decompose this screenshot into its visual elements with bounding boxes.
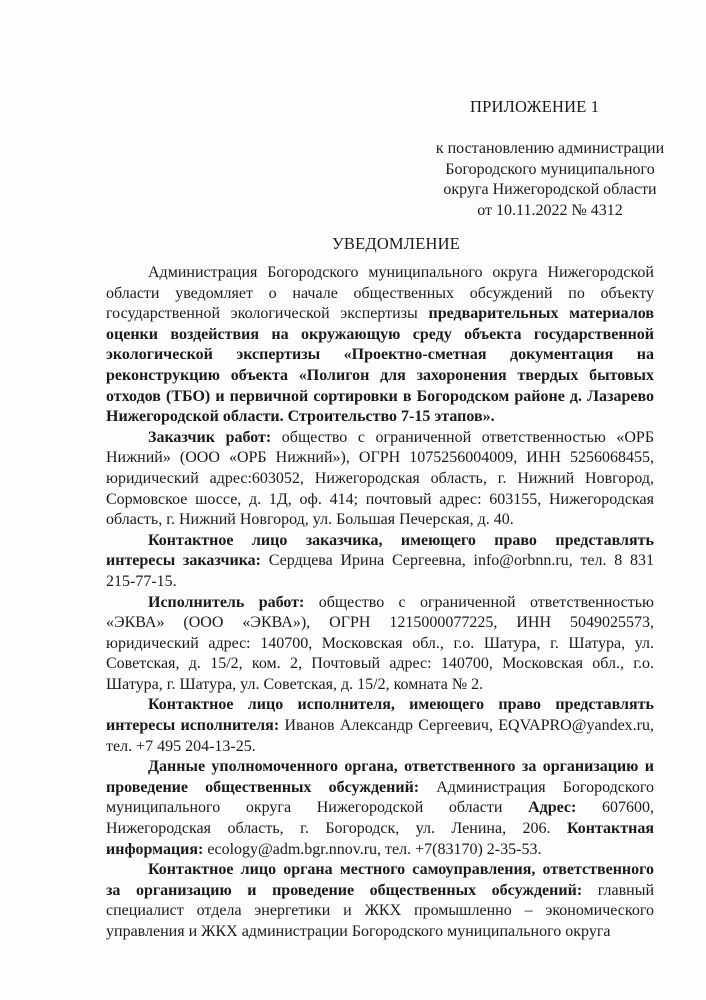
appendix-line: округа Нижегородской области [400, 180, 700, 201]
customer-label: Заказчик работ: [148, 429, 271, 446]
contractor-contact-paragraph: Контактное лицо исполнителя, имеющего пр… [106, 695, 654, 757]
appendix-line: к постановлению администрации [400, 139, 700, 160]
local-contact-paragraph: Контактное лицо органа местного самоупра… [106, 860, 654, 942]
authority-contact-text: ecology@adm.bgr.nnov.ru, тел. +7(83170) … [203, 841, 541, 858]
document-page: ПРИЛОЖЕНИЕ 1 к постановлению администрац… [0, 0, 706, 1000]
notice-title: УВЕДОМЛЕНИЕ [0, 234, 706, 254]
authority-address-label: Адрес: [528, 799, 576, 816]
intro-paragraph: Администрация Богородского муниципальног… [106, 263, 654, 428]
intro-subject: предварительных материалов оценки воздей… [106, 305, 654, 425]
customer-paragraph: Заказчик работ: общество с ограниченной … [106, 428, 654, 531]
notice-body: Администрация Богородского муниципальног… [106, 263, 654, 943]
customer-contact-paragraph: Контактное лицо заказчика, имеющего прав… [106, 531, 654, 593]
authority-paragraph: Данные уполномоченного органа, ответстве… [106, 757, 654, 860]
contractor-label: Исполнитель работ: [148, 594, 304, 611]
appendix-reference: к постановлению администрации Богородско… [400, 139, 700, 221]
contractor-paragraph: Исполнитель работ: общество с ограниченн… [106, 593, 654, 696]
appendix-line: от 10.11.2022 № 4312 [400, 201, 700, 222]
appendix-line: Богородского муниципального [400, 160, 700, 181]
appendix-title: ПРИЛОЖЕНИЕ 1 [470, 97, 599, 117]
local-contact-label: Контактное лицо органа местного самоупра… [106, 861, 654, 899]
